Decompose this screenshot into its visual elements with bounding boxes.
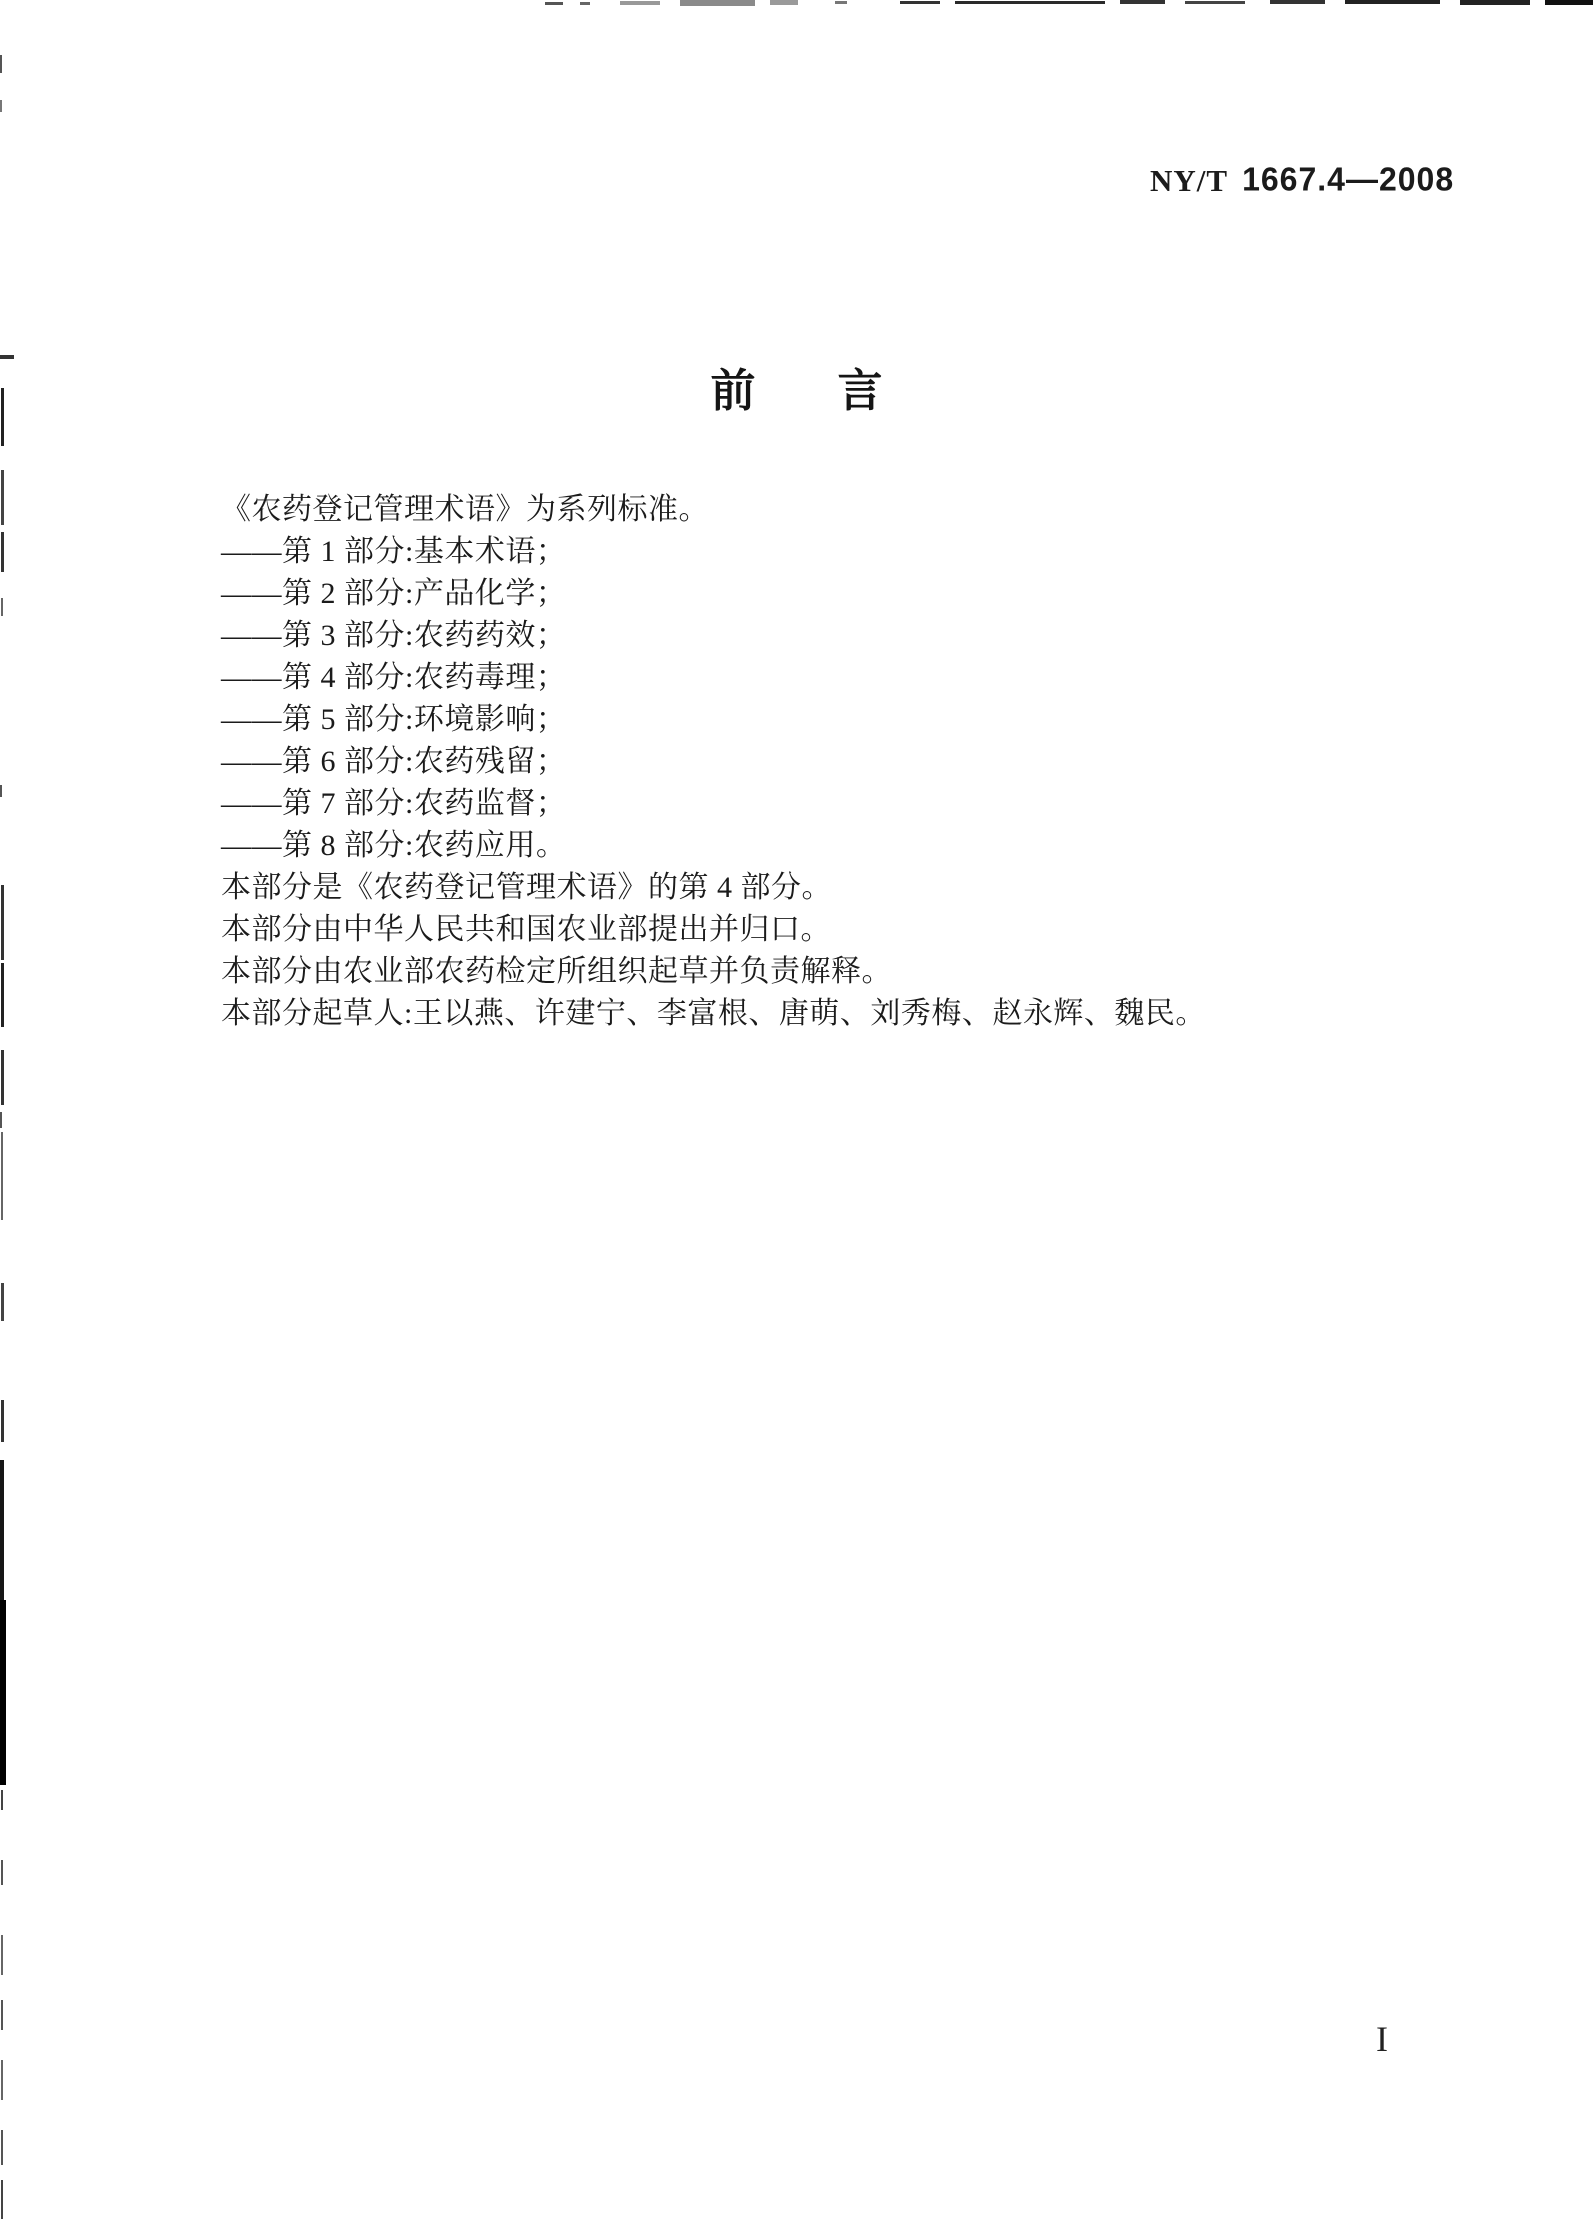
body-line-proposed-by: 本部分由中华人民共和国农业部提出并归口。 (221, 909, 1461, 951)
body-line-part-5: ——第 5 部分:环境影响； (221, 699, 1461, 741)
body-line-part-6: ——第 6 部分:农药残留； (221, 741, 1461, 783)
standard-code: NY/T 1667.4—2008 (1150, 162, 1454, 199)
foreword-body: 《农药登记管理术语》为系列标准。 ——第 1 部分:基本术语； ——第 2 部分… (221, 489, 1461, 1035)
page-title: 前 言 (0, 366, 1593, 416)
page-title-char-1: 前 (710, 366, 755, 416)
body-line-part-7: ——第 7 部分:农药监督； (221, 783, 1461, 825)
body-line-part-3: ——第 3 部分:农药药效； (221, 615, 1461, 657)
standard-code-prefix: NY/T (1150, 163, 1228, 199)
body-line-series-intro: 《农药登记管理术语》为系列标准。 (221, 489, 1461, 531)
body-line-part-1: ——第 1 部分:基本术语； (221, 531, 1461, 573)
document-page: NY/T 1667.4—2008 前 言 《农药登记管理术语》为系列标准。 ——… (0, 0, 1593, 2219)
page-title-char-2: 言 (838, 366, 883, 416)
body-line-drafters: 本部分起草人:王以燕、许建宁、李富根、唐萌、刘秀梅、赵永辉、魏民。 (221, 993, 1461, 1035)
body-line-this-part: 本部分是《农药登记管理术语》的第 4 部分。 (221, 867, 1461, 909)
body-line-part-2: ——第 2 部分:产品化学； (221, 573, 1461, 615)
standard-code-number: 1667.4—2008 (1242, 160, 1454, 199)
body-line-part-4: ——第 4 部分:农药毒理； (221, 657, 1461, 699)
body-line-part-8: ——第 8 部分:农药应用。 (221, 825, 1461, 867)
body-line-drafted-by: 本部分由农业部农药检定所组织起草并负责解释。 (221, 951, 1461, 993)
page-number: I (1376, 2018, 1388, 2060)
